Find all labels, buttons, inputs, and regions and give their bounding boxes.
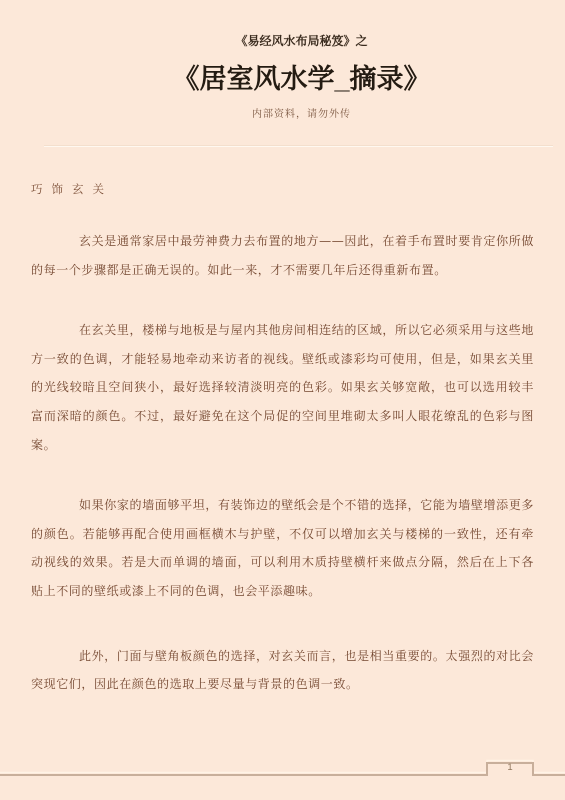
document-page: 《易经风水布局秘笈》之 《居室风水学_摘录》 内部资料，请勿外传 巧饰玄关 玄关… bbox=[0, 0, 565, 800]
header-divider bbox=[44, 145, 553, 147]
paragraph: 此外，门面与壁角板颜色的选择，对玄关而言，也是相当重要的。太强烈的对比会突现它们… bbox=[31, 642, 534, 699]
paragraph: 玄关是通常家居中最劳神费力去布置的地方——因此，在着手布置时要肯定你所做的每一个… bbox=[31, 227, 534, 284]
page-header: 《易经风水布局秘笈》之 《居室风水学_摘录》 内部资料，请勿外传 bbox=[0, 0, 565, 122]
document-body: 巧饰玄关 玄关是通常家居中最劳神费力去布置的地方——因此，在着手布置时要肯定你所… bbox=[31, 181, 534, 699]
confidential-note: 内部资料，请勿外传 bbox=[38, 108, 565, 122]
section-heading: 巧饰玄关 bbox=[31, 181, 534, 197]
series-title: 《易经风水布局秘笈》之 bbox=[38, 33, 565, 49]
paragraph: 如果你家的墙面够平坦，有装饰边的壁纸会是个不错的选择，它能为墙壁增添更多的颜色。… bbox=[31, 491, 534, 605]
footer-rule bbox=[0, 758, 565, 788]
page-title: 《居室风水学_摘录》 bbox=[38, 62, 565, 96]
page-number: 1 bbox=[487, 761, 533, 774]
paragraph: 在玄关里，楼梯与地板是与屋内其他房间相连结的区域，所以它必须采用与这些地方一致的… bbox=[31, 316, 534, 459]
